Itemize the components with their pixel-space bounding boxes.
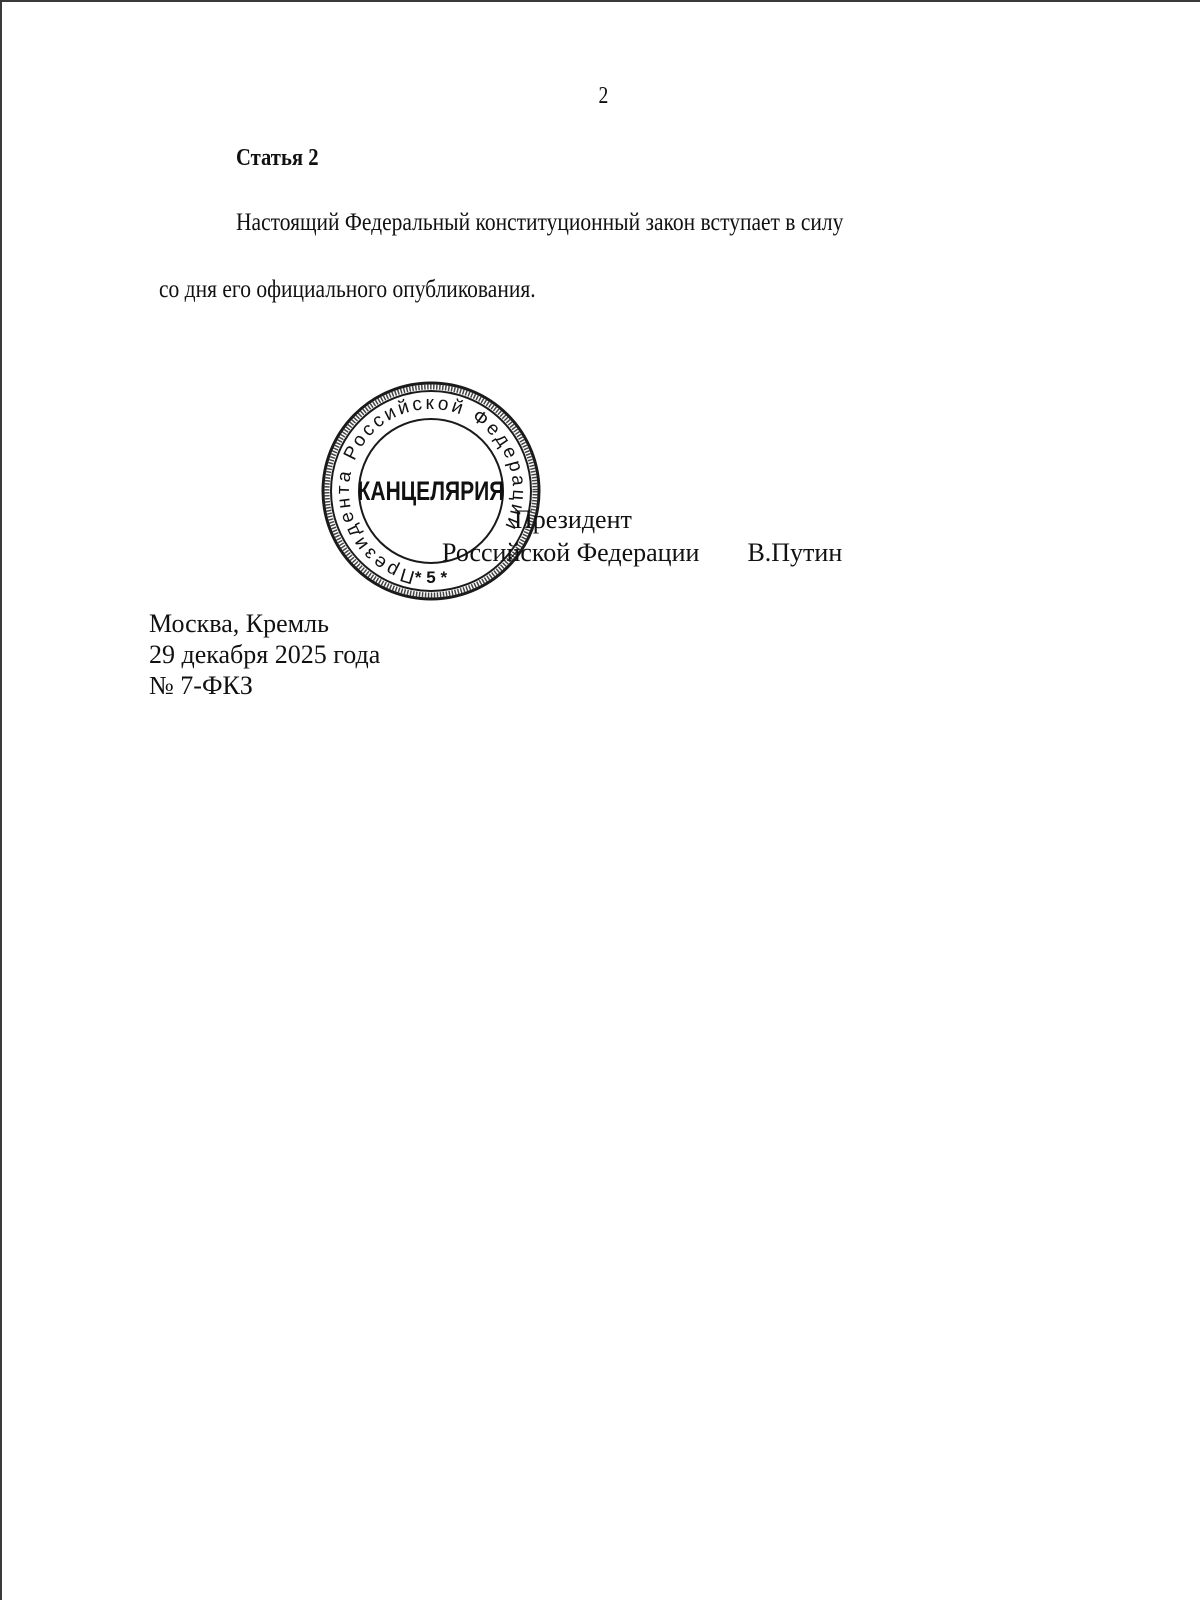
signature-row: Российской Федерации В.Путин <box>442 536 842 569</box>
article-heading: Статья 2 <box>236 144 332 172</box>
law-number: № 7-ФКЗ <box>149 670 380 701</box>
signature-title-line-2: Российской Федерации <box>442 536 699 569</box>
place-date-number-block: Москва, Кремль 29 декабря 2025 года № 7-… <box>149 608 380 701</box>
paragraph-line-1-text: Настоящий Федеральный конституционный за… <box>236 208 843 238</box>
document-page: 2 Статья 2 Настоящий Федеральный констит… <box>0 0 1200 1600</box>
place-location: Москва, Кремль <box>149 608 380 639</box>
paragraph-line-2: со дня его официального опубликования. <box>159 275 597 305</box>
signature-block: Президент Российской Федерации В.Путин <box>442 503 842 569</box>
paragraph-line-2-text: со дня его официального опубликования. <box>159 275 536 305</box>
signatory-name: В.Путин <box>747 536 842 569</box>
page-number: 2 <box>111 82 1095 110</box>
signature-title-line-1: Президент <box>442 503 842 536</box>
paragraph-line-1: Настоящий Федеральный конституционный за… <box>236 208 942 238</box>
law-date: 29 декабря 2025 года <box>149 639 380 670</box>
seal-bottom-text: * 5 * <box>415 568 448 587</box>
article-heading-text: Статья 2 <box>236 144 319 172</box>
